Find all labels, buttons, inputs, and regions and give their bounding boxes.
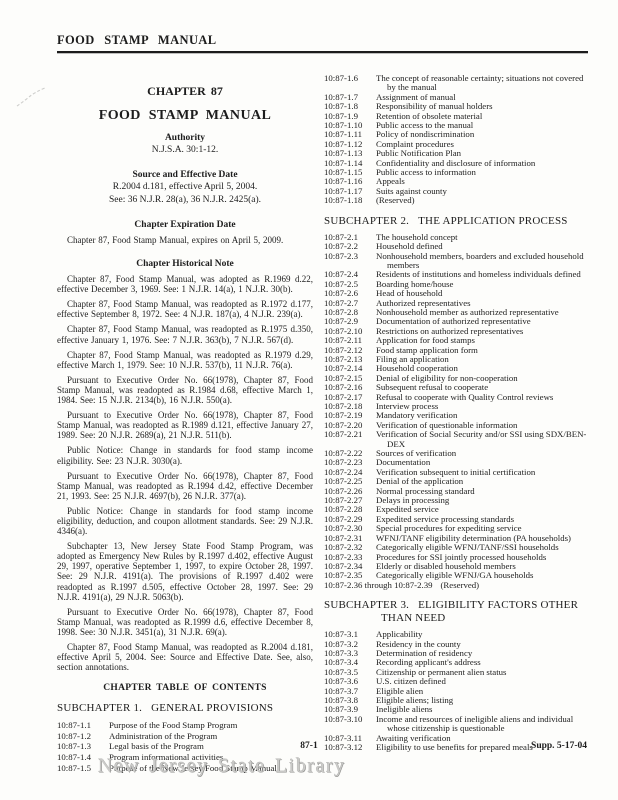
toc-entry: 10:87-1.1 Purpose of the Food Stamp Prog… xyxy=(57,720,313,731)
toc-entry: 10:87-1.15 Public access to information xyxy=(324,168,591,177)
historical-note-paragraph: Public Notice: Change in standards for f… xyxy=(57,445,313,465)
toc-entry: 10:87-1.17 Suits against county xyxy=(324,187,591,196)
toc-entry: 10:87-1.2 Administration of the Program xyxy=(57,731,313,742)
toc-entry-title: Public access to information xyxy=(376,168,591,177)
toc-entry: 10:87-2.27 Delays in processing xyxy=(324,496,591,505)
toc-entry-title: (Reserved) xyxy=(441,581,592,590)
toc-entry: 10:87-3.6 U.S. citizen defined xyxy=(324,677,591,686)
historical-note-paragraphs: Chapter 87, Food Stamp Manual, was adopt… xyxy=(57,274,313,672)
toc-entry-title: Verification of Social Security and/or S… xyxy=(376,430,591,449)
toc-entry: 10:87-2.1 The household concept xyxy=(324,233,591,242)
subchapter-3-title: ELIGIBILITY FACTORS OTHER THAN NEED xyxy=(381,599,578,624)
historical-note-paragraph: Chapter 87, Food Stamp Manual, was reado… xyxy=(57,350,313,370)
running-head: FOOD STAMP MANUAL xyxy=(57,33,588,48)
subchapter-3-label: SUBCHAPTER 3. xyxy=(324,599,409,611)
header-rule xyxy=(57,51,588,53)
toc-entry: 10:87-3.7 Eligible alien xyxy=(324,687,591,696)
toc-entry-title: Income and resources of ineligible alien… xyxy=(376,715,591,734)
page-header: FOOD STAMP MANUAL xyxy=(57,33,588,53)
toc-entry: 10:87-3.10 Income and resources of ineli… xyxy=(324,715,591,734)
expiration-text: Chapter 87, Food Stamp Manual, expires o… xyxy=(57,235,313,245)
subchapter-3-heading: SUBCHAPTER 3.ELIGIBILITY FACTORS OTHER T… xyxy=(324,599,591,625)
authority-citation: N.J.S.A. 30:1-12. xyxy=(57,145,313,156)
toc-entry: 10:87-2.5 Boarding home/house xyxy=(324,280,591,289)
subchapter-2-label: SUBCHAPTER 2. xyxy=(324,215,409,227)
toc-entry-number: 10:87-1.2 xyxy=(57,731,101,742)
historical-note-heading: Chapter Historical Note xyxy=(57,259,313,269)
subchapter-1-heading: SUBCHAPTER 1.GENERAL PROVISIONS xyxy=(57,702,313,715)
expiration-heading: Chapter Expiration Date xyxy=(57,220,313,230)
toc-list-subchapter3: 10:87-3.1 Applicability 10:87-3.2 Reside… xyxy=(324,630,591,752)
toc-entry-number: 10:87-2.36 through 10:87-2.39 xyxy=(324,581,433,590)
library-stamp: New Jersey State Library xyxy=(98,755,346,778)
toc-entry: 10:87-2.18 Interview process xyxy=(324,402,591,411)
toc-list-subchapter2: 10:87-2.1 The household concept 10:87-2.… xyxy=(324,233,591,590)
toc-heading: CHAPTER TABLE OF CONTENTS xyxy=(57,683,313,693)
toc-entry: 10:87-2.21 Verification of Social Securi… xyxy=(324,430,591,449)
historical-note-paragraph: Subchapter 13, New Jersey State Food Sta… xyxy=(57,541,313,602)
toc-entry-title: (Reserved) xyxy=(376,196,591,205)
toc-entry: 10:87-2.17 Refusal to cooperate with Qua… xyxy=(324,393,591,402)
source-date-line: See: 36 N.J.R. 28(a), 36 N.J.R. 2425(a). xyxy=(57,195,313,206)
source-date-line: R.2004 d.181, effective April 5, 2004. xyxy=(57,182,313,193)
toc-entry-number: 10:87-3.10 xyxy=(324,715,368,724)
supplement-date: Supp. 5-17-04 xyxy=(531,741,587,751)
chapter-number: CHAPTER 87 xyxy=(57,84,313,99)
historical-note-paragraph: Chapter 87, Food Stamp Manual, was adopt… xyxy=(57,274,313,294)
historical-note-paragraph: Chapter 87, Food Stamp Manual, was reado… xyxy=(57,642,313,672)
subchapter-2-heading: SUBCHAPTER 2.THE APPLICATION PROCESS xyxy=(324,215,591,228)
historical-note-paragraph: Chapter 87, Food Stamp Manual, was reado… xyxy=(57,324,313,344)
toc-entry: 10:87-2.3 Nonhousehold members, boarders… xyxy=(324,252,591,271)
authority-heading: Authority xyxy=(57,133,313,143)
toc-list-subchapter1-continued: 10:87-1.6 The concept of reasonable cert… xyxy=(324,74,591,206)
toc-entry: 10:87-1.16 Appeals xyxy=(324,177,591,186)
toc-entry-number: 10:87-1.18 xyxy=(324,196,368,205)
toc-entry-title: The concept of reasonable certainty; sit… xyxy=(376,74,591,93)
subchapter-2-title: THE APPLICATION PROCESS xyxy=(418,215,567,227)
toc-entry: 10:87-1.18 (Reserved) xyxy=(324,196,591,205)
page-body: CHAPTER 87 FOOD STAMP MANUAL Authority N… xyxy=(57,70,591,773)
toc-entry-title: Administration of the Program xyxy=(109,731,313,742)
chapter-title: FOOD STAMP MANUAL xyxy=(57,108,313,124)
historical-note-paragraph: Pursuant to Executive Order No. 66(1978)… xyxy=(57,410,313,440)
right-column: 10:87-1.6 The concept of reasonable cert… xyxy=(324,70,591,773)
toc-entry: 10:87-2.36 through 10:87-2.39 (Reserved) xyxy=(324,581,591,590)
toc-entry-number: 10:87-2.3 xyxy=(324,252,368,261)
subchapter-1-label: SUBCHAPTER 1. xyxy=(57,702,142,714)
left-column: CHAPTER 87 FOOD STAMP MANUAL Authority N… xyxy=(57,70,313,773)
historical-note-paragraph: Pursuant to Executive Order No. 66(1978)… xyxy=(57,607,313,637)
toc-entry: 10:87-3.8 Eligible aliens; listing xyxy=(324,696,591,705)
historical-note-paragraph: Pursuant to Executive Order No. 66(1978)… xyxy=(57,375,313,405)
toc-entry-number: 10:87-2.21 xyxy=(324,430,368,439)
toc-entry: 10:87-2.4 Residents of institutions and … xyxy=(324,270,591,279)
toc-entry: 10:87-3.5 Citizenship or permanent alien… xyxy=(324,668,591,677)
toc-entry-title: Purpose of the Food Stamp Program xyxy=(109,720,313,731)
toc-entry: 10:87-2.12 Food stamp application form xyxy=(324,346,591,355)
toc-entry: 10:87-1.6 The concept of reasonable cert… xyxy=(324,74,591,93)
page-number: 87-1 xyxy=(0,741,618,751)
subchapter-1-title: GENERAL PROVISIONS xyxy=(151,702,273,714)
historical-note-paragraph: Pursuant to Executive Order No. 66(1978)… xyxy=(57,471,313,501)
toc-entry-number: 10:87-1.4 xyxy=(57,752,101,763)
historical-note-paragraph: Public Notice: Change in standards for f… xyxy=(57,506,313,536)
toc-entry: 10:87-1.11 Policy of nondiscrimination xyxy=(324,130,591,139)
toc-entry: 10:87-2.26 Normal processing standard xyxy=(324,487,591,496)
historical-note-paragraph: Chapter 87, Food Stamp Manual, was reado… xyxy=(57,299,313,319)
document-page: FOOD STAMP MANUAL CHAPTER 87 FOOD STAMP … xyxy=(0,0,618,800)
pen-mark-icon xyxy=(14,84,48,110)
toc-entry-number: 10:87-1.5 xyxy=(57,763,101,774)
toc-entry-title: Nonhousehold members, boarders and exclu… xyxy=(376,252,591,271)
source-date-heading: Source and Effective Date xyxy=(57,170,313,180)
toc-entry-number: 10:87-1.6 xyxy=(324,74,368,83)
toc-entry-number: 10:87-1.1 xyxy=(57,720,101,731)
toc-entry: 10:87-2.22 Sources of verification xyxy=(324,449,591,458)
